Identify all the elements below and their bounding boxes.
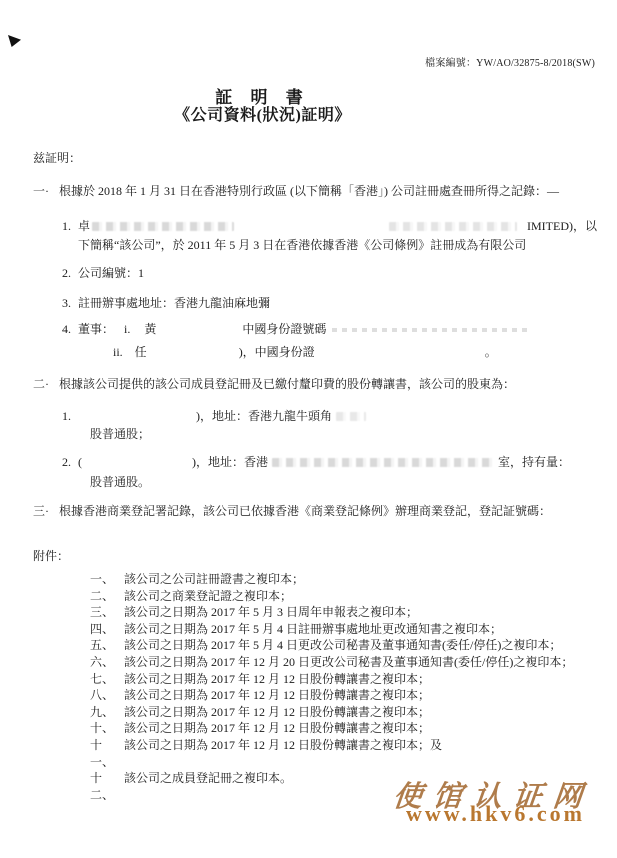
file-number-value: YW/AO/32875-8/2018(SW) <box>476 58 595 69</box>
attachment-number: 八、 <box>90 687 124 704</box>
section-1-item-1-line2: 下簡稱“該公司”，於 2011 年 5 月 3 日在香港依據香港《公司條例》註冊… <box>78 238 597 253</box>
redaction-ghost <box>336 412 366 421</box>
director-i-name-fragment: 黃 <box>144 322 156 337</box>
attachment-number: 一、 <box>90 571 124 588</box>
corner-fold-mark <box>8 35 21 47</box>
attachment-number: 九、 <box>90 704 124 721</box>
shareholder-2-line: 2. ( )，地址：香港 室，持有量： <box>62 455 597 470</box>
attachment-row: 一、該公司之公司註冊證書之複印本； <box>90 571 607 588</box>
period-mark: 。 <box>485 345 497 360</box>
shareholder-1-shares-line: 股普通股； <box>90 427 150 442</box>
director-ii-id-label: )，中國身份證 <box>239 345 315 360</box>
shareholder-2-open-paren: ( <box>78 455 82 470</box>
section-2-number: 二· <box>33 377 59 392</box>
attachment-row: 五、該公司之日期為 2017 年 5 月 4 日更改公司秘書及董事通知書(委任/… <box>90 637 607 654</box>
attachment-number: 四、 <box>90 621 124 638</box>
attachment-text: 該公司之日期為 2017 年 12 月 12 日股份轉讓書之複印本； <box>124 687 607 704</box>
company-name-fragment: 卓 <box>78 219 90 234</box>
item-number: 2. <box>62 266 78 281</box>
item-number: 3. <box>62 296 78 311</box>
attachment-text: 該公司之日期為 2017 年 5 月 3 日周年申報表之複印本； <box>124 604 607 621</box>
redaction-ghost <box>389 222 517 231</box>
doc-title: 証 明 書 <box>95 90 430 105</box>
attachment-text: 該公司之日期為 2017 年 12 月 12 日股份轉讓書之複印本； <box>124 720 607 737</box>
attachments-label: 附件： <box>33 549 69 564</box>
attachment-text: 該公司之公司註冊證書之複印本； <box>124 571 607 588</box>
section-2-heading: 二· 根據該公司提供的該公司成員登記冊及已繳付釐印費的股份轉讓書，該公司的股東為… <box>33 377 599 392</box>
watermark-chinese-text: 使馆认证网 <box>392 790 594 805</box>
section-3-number: 三· <box>33 504 59 519</box>
section-2-text: 根據該公司提供的該公司成員登記冊及已繳付釐印費的股份轉讓書，該公司的股東為： <box>59 377 599 392</box>
attachment-row: 十、該公司之日期為 2017 年 12 月 12 日股份轉讓書之複印本； <box>90 720 607 737</box>
company-number-line: 公司編號：1 <box>78 266 597 281</box>
shareholder-1-line: 1. )，地址：香港九龍牛頭角 <box>62 409 597 424</box>
doc-subtitle: 《公司資料(狀況)証明》 <box>95 108 430 123</box>
attachment-number: 七、 <box>90 671 124 688</box>
attachment-text: 該公司之日期為 2017 年 12 月 12 日股份轉讓書之複印本； <box>124 704 607 721</box>
shareholder-1-address-fragment: )，地址：香港九龍牛頭角 <box>196 409 332 424</box>
redaction-ghost <box>92 222 234 231</box>
section-3-heading: 三· 根據香港商業登記署記錄，該公司已依據香港《商業登記條例》辦理商業登記，登記… <box>33 504 599 519</box>
attachment-text: 該公司之日期為 2017 年 12 月 12 日股份轉讓書之複印本； <box>124 671 607 688</box>
certificate-document-page: 檔案編號：YW/AO/32875-8/2018(SW) 証 明 書 《公司資料(… <box>0 0 617 858</box>
section-1-item-3: 3. 註冊辦事處地址：香港九龍油麻地彌 <box>62 296 597 311</box>
director-ii-number: ii. <box>113 345 123 360</box>
director-i-number: i. <box>124 322 130 337</box>
attachment-row: 三、該公司之日期為 2017 年 5 月 3 日周年申報表之複印本； <box>90 604 607 621</box>
redaction-ghost <box>332 328 532 332</box>
attachment-number: 五、 <box>90 637 124 654</box>
attachment-row: 九、該公司之日期為 2017 年 12 月 12 日股份轉讓書之複印本； <box>90 704 607 721</box>
section-1-number: 一· <box>33 184 59 199</box>
intro-line: 兹証明： <box>33 151 81 166</box>
attachment-text: 該公司之日期為 2017 年 12 月 12 日股份轉讓書之複印本；及 <box>124 737 607 770</box>
file-number-label: 檔案編號： <box>425 58 476 69</box>
site-watermark: 使馆认证网 www.hkv6.com <box>393 790 593 821</box>
attachment-number: 十二、 <box>90 770 124 803</box>
item-number: 1. <box>62 409 78 424</box>
attachment-row: 十一、該公司之日期為 2017 年 12 月 12 日股份轉讓書之複印本；及 <box>90 737 607 770</box>
attachment-number: 十一、 <box>90 737 124 770</box>
attachment-row: 二、該公司之商業登記證之複印本； <box>90 588 607 605</box>
section-1-item-4-director-ii: ii. 任 )，中國身份證 。 <box>113 345 597 360</box>
director-i-id-label: 中國身份證號碼 <box>242 322 326 337</box>
director-ii-name-fragment: 任 <box>135 345 147 360</box>
redaction-ghost <box>272 458 494 467</box>
attachment-row: 六、該公司之日期為 2017 年 12 月 20 日更改公司秘書及董事通知書(委… <box>90 654 607 671</box>
title-block: 証 明 書 《公司資料(狀況)証明》 <box>95 90 430 123</box>
section-3-text: 根據香港商業登記署記錄，該公司已依據香港《商業登記條例》辦理商業登記，登記証號碼… <box>59 504 599 519</box>
section-1-heading: 一· 根據於 2018 年 1 月 31 日在香港特別行政區 (以下簡稱「香港」… <box>33 184 599 199</box>
attachment-row: 八、該公司之日期為 2017 年 12 月 12 日股份轉讓書之複印本； <box>90 687 607 704</box>
attachment-row: 四、該公司之日期為 2017 年 5 月 4 日註冊辦事處地址更改通知書之複印本… <box>90 621 607 638</box>
attachment-number: 六、 <box>90 654 124 671</box>
attachments-list: 一、該公司之公司註冊證書之複印本； 二、該公司之商業登記證之複印本； 三、該公司… <box>90 571 607 803</box>
item-number: 2. <box>62 455 78 470</box>
section-1-item-1: 1. 卓 IMITED)，以 <box>62 219 597 234</box>
item-number: 1. <box>62 219 78 234</box>
section-1-item-2: 2. 公司編號：1 <box>62 266 597 281</box>
item-number: 4. <box>62 322 78 337</box>
attachment-text: 該公司之日期為 2017 年 5 月 4 日註冊辦事處地址更改通知書之複印本； <box>124 621 607 638</box>
company-name-end-fragment: IMITED)，以 <box>527 219 597 234</box>
section-1-text: 根據於 2018 年 1 月 31 日在香港特別行政區 (以下簡稱「香港」) 公… <box>59 184 599 199</box>
file-number: 檔案編號：YW/AO/32875-8/2018(SW) <box>425 56 595 71</box>
attachment-number: 三、 <box>90 604 124 621</box>
shareholder-2-holding-label: 室，持有量： <box>498 455 570 470</box>
attachment-row: 七、該公司之日期為 2017 年 12 月 12 日股份轉讓書之複印本； <box>90 671 607 688</box>
attachment-number: 十、 <box>90 720 124 737</box>
attachment-text: 該公司之日期為 2017 年 12 月 20 日更改公司秘書及董事通知書(委任/… <box>124 654 607 671</box>
shareholder-2-address-fragment: )，地址：香港 <box>192 455 268 470</box>
attachment-text: 該公司之商業登記證之複印本； <box>124 588 607 605</box>
directors-label: 董事： <box>78 322 114 337</box>
registered-address-line: 註冊辦事處地址：香港九龍油麻地彌 <box>78 296 597 311</box>
section-1-item-4: 4. 董事： i. 黃 中國身份證號碼 <box>62 322 597 337</box>
shareholder-2-shares-line: 股普通股。 <box>90 475 150 490</box>
attachment-number: 二、 <box>90 588 124 605</box>
attachment-text: 該公司之日期為 2017 年 5 月 4 日更改公司秘書及董事通知書(委任/停任… <box>124 637 607 654</box>
